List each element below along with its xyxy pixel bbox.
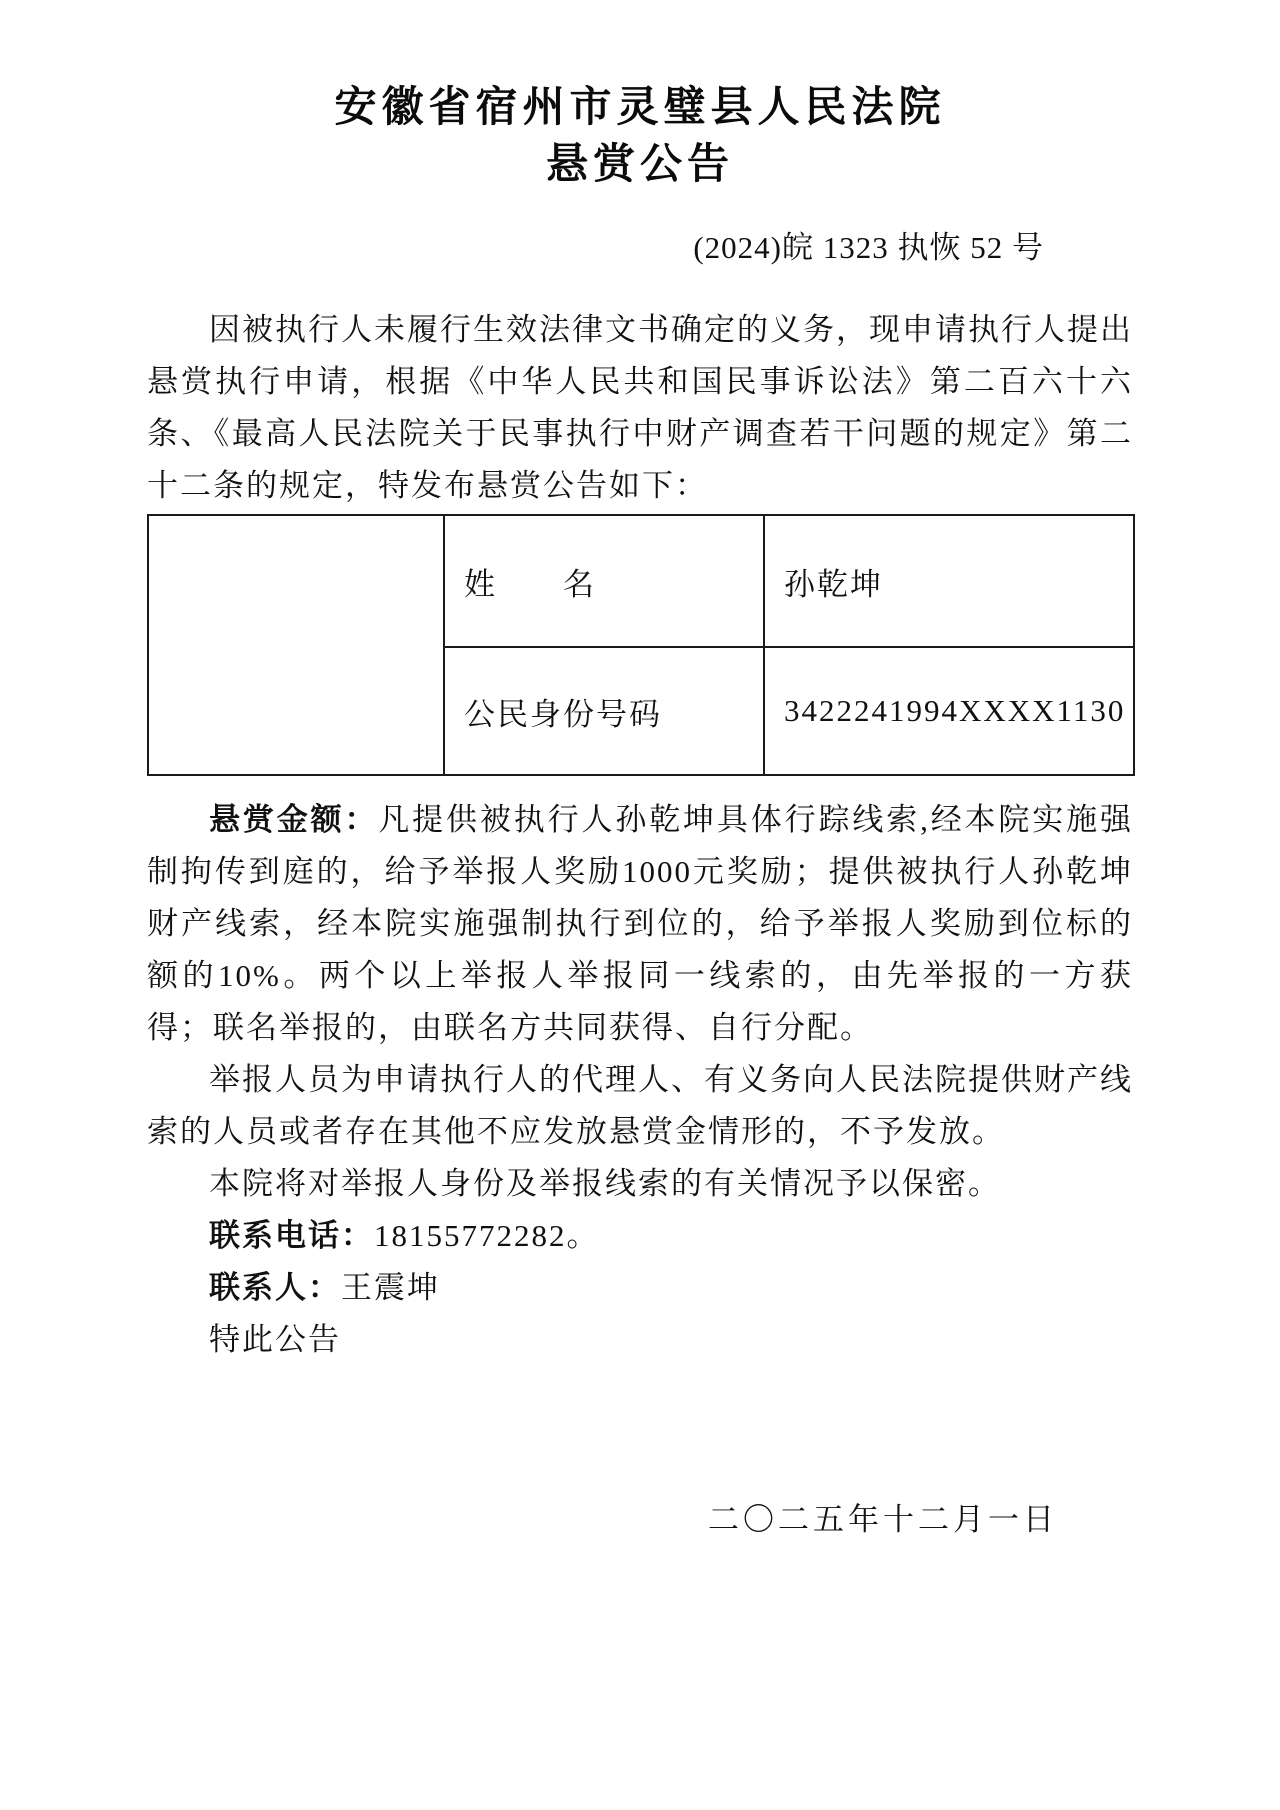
- name-label-cell: 姓 名: [444, 515, 764, 647]
- court-notice-document: 安徽省宿州市灵璧县人民法院 悬赏公告 (2024)皖 1323 执恢 52 号 …: [0, 0, 1280, 1810]
- reward-paragraph: 悬赏金额：凡提供被执行人孙乾坤具体行踪线索,经本院实施强制拘传到庭的，给予举报人…: [147, 794, 1133, 1054]
- case-number: (2024)皖 1323 执恢 52 号: [147, 228, 1133, 268]
- table-row: 姓 名 孙乾坤: [148, 515, 1134, 647]
- phone-value: 18155772282。: [374, 1218, 600, 1253]
- document-title: 安徽省宿州市灵璧县人民法院 悬赏公告: [147, 78, 1133, 192]
- intro-paragraph: 因被执行人未履行生效法律文书确定的义务，现申请执行人提出悬赏执行申请，根据《中华…: [147, 304, 1133, 512]
- contact-person-line: 联系人：王震坤: [147, 1262, 1133, 1314]
- notice-type: 悬赏公告: [147, 135, 1133, 192]
- reward-amount-text: 凡提供被执行人孙乾坤具体行踪线索,经本院实施强制拘传到庭的，给予举报人奖励100…: [147, 802, 1133, 1045]
- person-label: 联系人：: [209, 1270, 341, 1305]
- name-value-cell: 孙乾坤: [764, 515, 1134, 647]
- contact-phone-line: 联系电话：18155772282。: [147, 1210, 1133, 1262]
- phone-label: 联系电话：: [209, 1218, 374, 1253]
- issue-date: 二〇二五年十二月一日: [147, 1494, 1133, 1546]
- id-value-cell: 3422241994XXXX1130: [764, 647, 1134, 775]
- closing-line: 特此公告: [147, 1314, 1133, 1366]
- subject-info-table: 姓 名 孙乾坤 公民身份号码 3422241994XXXX1130: [147, 514, 1135, 776]
- confidentiality-paragraph: 本院将对举报人身份及举报线索的有关情况予以保密。: [147, 1158, 1133, 1210]
- exclusion-paragraph: 举报人员为申请执行人的代理人、有义务向人民法院提供财产线索的人员或者存在其他不应…: [147, 1054, 1133, 1158]
- reward-amount-label: 悬赏金额：: [209, 802, 378, 837]
- court-name: 安徽省宿州市灵璧县人民法院: [147, 78, 1133, 135]
- person-value: 王震坤: [341, 1270, 440, 1305]
- photo-cell: [148, 515, 444, 775]
- id-label-cell: 公民身份号码: [444, 647, 764, 775]
